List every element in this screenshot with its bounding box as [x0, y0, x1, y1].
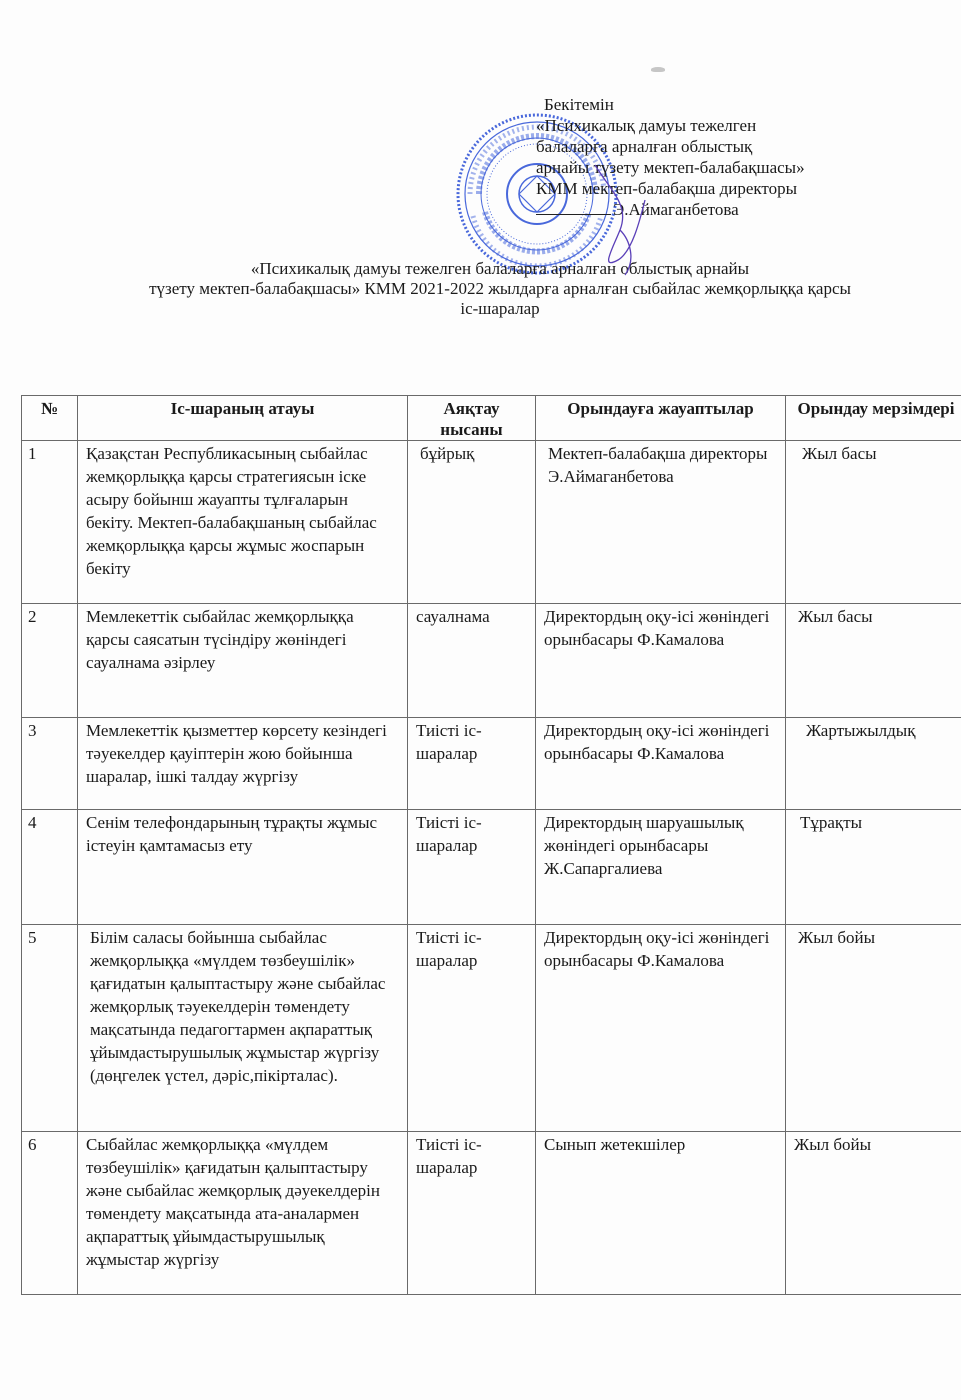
title-line: іс-шаралар	[60, 299, 940, 319]
cell-responsible: Директордың шаруашылық жөніндегі орынбас…	[536, 810, 786, 925]
cell-number: 4	[22, 810, 78, 925]
cell-deadline: Жыл бойы	[786, 1132, 961, 1295]
document-title: «Психикалық дамуы тежелген балаларға арн…	[60, 259, 940, 319]
cell-completion-form: Тиісті іс-шаралар	[408, 1132, 536, 1295]
table-row: 6 Сыбайлас жемқорлыққа «мүлдем төзбеушіл…	[22, 1132, 961, 1295]
cell-deadline: Жыл басы	[786, 604, 961, 718]
approval-block: Бекітемін «Психикалық дамуы тежелген бал…	[536, 94, 805, 220]
table-header-row: № Іс-шараның атауы Аяқтау нысаны Орындау…	[22, 396, 961, 441]
table-row: 2 Мемлекеттік сыбайлас жемқорлыққа қарсы…	[22, 604, 961, 718]
header-responsible: Орындауға жауаптылар	[536, 396, 786, 441]
cell-activity-name: Сенім телефондарының тұрақты жұмыс істеу…	[78, 810, 408, 925]
approval-line: балаларға арналған облыстық	[536, 136, 805, 157]
cell-number: 1	[22, 441, 78, 604]
title-line: түзету мектеп-балабақшасы» КММ 2021-2022…	[60, 279, 940, 299]
header-completion-form: Аяқтау нысаны	[408, 396, 536, 441]
cell-responsible: Директордың оқу-ісі жөніндегі орынбасары…	[536, 718, 786, 810]
cell-completion-form: бұйрық	[408, 441, 536, 604]
approval-line: арнайы түзету мектеп-балабақшасы»	[536, 157, 805, 178]
scan-speck	[651, 67, 665, 72]
header-number: №	[22, 396, 78, 441]
cell-activity-name: Білім саласы бойынша сыбайлас жемқорлыққ…	[78, 925, 408, 1132]
header-deadline: Орындау мерзімдері	[786, 396, 961, 441]
cell-deadline: Жыл бойы	[786, 925, 961, 1132]
cell-completion-form: Тиісті іс-шаралар	[408, 718, 536, 810]
table-row: 4 Сенім телефондарының тұрақты жұмыс іст…	[22, 810, 961, 925]
cell-activity-name: Мемлекеттік қызметтер көрсету кезіндегі …	[78, 718, 408, 810]
approval-signatory-line: Э.Аймаганбетова	[536, 199, 805, 220]
cell-responsible: Мектеп-балабақша директоры Э.Аймаганбето…	[536, 441, 786, 604]
approval-heading: Бекітемін	[536, 94, 805, 115]
table-row: 1 Қазақстан Республикасының сыбайлас жем…	[22, 441, 961, 604]
table-row: 5 Білім саласы бойынша сыбайлас жемқорлы…	[22, 925, 961, 1132]
cell-activity-name: Қазақстан Республикасының сыбайлас жемқо…	[78, 441, 408, 604]
cell-completion-form: Тиісті іс-шаралар	[408, 810, 536, 925]
cell-number: 6	[22, 1132, 78, 1295]
cell-completion-form: Тиісті іс-шаралар	[408, 925, 536, 1132]
title-line: «Психикалық дамуы тежелген балаларға арн…	[60, 259, 940, 279]
table-row: 3 Мемлекеттік қызметтер көрсету кезіндег…	[22, 718, 961, 810]
approval-line: «Психикалық дамуы тежелген	[536, 115, 805, 136]
signature-icon	[590, 160, 650, 280]
approval-line: КММ мектеп-балабақша директоры	[536, 178, 805, 199]
cell-responsible: Директордың оқу-ісі жөніндегі орынбасары…	[536, 604, 786, 718]
activities-table: № Іс-шараның атауы Аяқтау нысаны Орындау…	[21, 395, 961, 1295]
cell-number: 2	[22, 604, 78, 718]
cell-number: 3	[22, 718, 78, 810]
cell-number: 5	[22, 925, 78, 1132]
cell-deadline: Жартыжылдық	[786, 718, 961, 810]
cell-activity-name: Сыбайлас жемқорлыққа «мүлдем төзбеушілік…	[78, 1132, 408, 1295]
cell-activity-name: Мемлекеттік сыбайлас жемқорлыққа қарсы с…	[78, 604, 408, 718]
cell-completion-form: сауалнама	[408, 604, 536, 718]
header-activity-name: Іс-шараның атауы	[78, 396, 408, 441]
cell-responsible: Директордың оқу-ісі жөніндегі орынбасары…	[536, 925, 786, 1132]
cell-responsible: Сынып жетекшілер	[536, 1132, 786, 1295]
cell-deadline: Тұрақты	[786, 810, 961, 925]
cell-deadline: Жыл басы	[786, 441, 961, 604]
